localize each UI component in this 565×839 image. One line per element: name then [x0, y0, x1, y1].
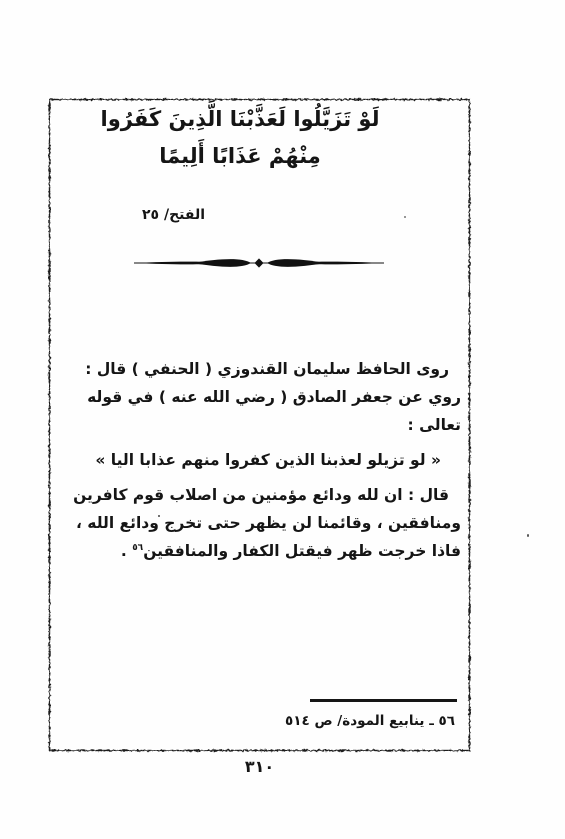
body-text: روى الحافظ سليمان القندوزي ( الحنفي ) قا…	[61, 355, 461, 565]
quran-verse-line2: مِنْهُمْ عَذَابًا أَلِيمًا	[75, 138, 405, 175]
footnote-separator-rule	[310, 699, 457, 702]
scan-speck	[404, 216, 406, 218]
divider-ornament-icon	[134, 255, 384, 271]
hadith-text-end: .	[121, 542, 132, 560]
hadith-paragraph: قال : ان لله ودائع مؤمنين من اصلاب قوم ك…	[61, 481, 461, 565]
page-number: ٣١٠	[47, 757, 472, 776]
quran-verse: لَوْ تَزَيَّلُوا لَعَذَّبْنَا الَّذِينَ …	[75, 101, 405, 175]
scan-speck	[527, 534, 529, 537]
footnote-text: ٥٦ ـ ينابيع المودة/ ص ٥١٤	[285, 713, 455, 729]
scan-speck	[158, 515, 160, 517]
page-border-frame: لَوْ تَزَيَّلُوا لَعَذَّبْنَا الَّذِينَ …	[47, 97, 472, 753]
verse-citation: الفتح/ ٢٥	[142, 207, 205, 223]
quran-verse-line1: لَوْ تَزَيَّلُوا لَعَذَّبْنَا الَّذِينَ …	[75, 101, 405, 138]
narration-paragraph: روى الحافظ سليمان القندوزي ( الحنفي ) قا…	[61, 355, 461, 439]
scanned-book-page: لَوْ تَزَيَّلُوا لَعَذَّبْنَا الَّذِينَ …	[0, 0, 565, 839]
footnote-reference-marker: ٥٦	[132, 543, 143, 553]
quoted-verse-line: « لو تزيلو لعذبنا الذين كفروا منهم عذابا…	[61, 446, 461, 474]
